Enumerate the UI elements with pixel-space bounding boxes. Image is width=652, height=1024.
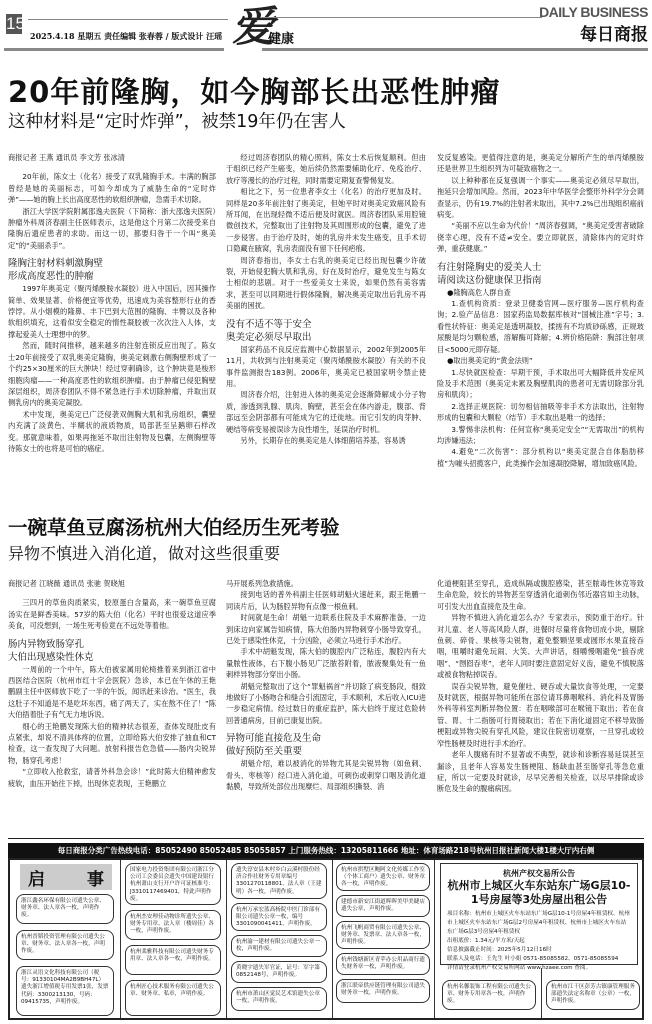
- paragraph: 老年人腹痛有时不显著或不典型，就诊和诊断容易延误甚至漏诊，且老年人容易发生肠梗阻…: [437, 749, 644, 795]
- guide-bullet: ●隆胸高危人群自查: [437, 287, 644, 298]
- classified-column-4: 杭州市拱墅区鲍阿文化传媒工作室（个体工商户）遗失公章、财务章各一枚，声明作废。 …: [332, 860, 435, 1018]
- section-name: 健康: [268, 28, 294, 47]
- paragraph: 国家药品不良反应监测中心数据显示，2002年到2005年11月，共收到与注射奥美…: [226, 344, 426, 390]
- guide-item: 1.查机构资质：登录卫健委官网—医疗服务—医疗机构查询；2.验产品信息：国家药监…: [437, 298, 644, 355]
- notice-item: 杭州市拱墅区鲍阿文化传媒工作室（个体工商户）遗失公章、财务章各一枚，声明作废。: [336, 863, 430, 891]
- classified-hotline-bar: 每日商报分类广告热线电话：85052490 85052485 85055857 …: [8, 843, 644, 858]
- header-rule-bottom-right: [262, 48, 648, 51]
- announcement-title: 杭州市上城区火车东站东广场G层10-1号房屋等3处房屋出租公告: [447, 879, 631, 907]
- article1-column-3: 发反复感染。更值得注意的是，奥美定分解所产生的单丙烯酰胺还是世界卫生组织列为可疑…: [437, 152, 644, 469]
- section-heading: 隆胸注射材料刺激胸壁形成高度恶性的肿瘤: [8, 257, 216, 283]
- paragraph: 20年前，陈女士（化名）接受了双乳隆胸手术。丰满的胸部曾经是她的美丽标志，可如今…: [8, 171, 216, 205]
- article1-byline: 商报记者 王燕 通讯员 李文芳 张冰清: [8, 152, 216, 163]
- paragraph: 经过周济春团队的精心照料，陈女士术后恢复顺利。但由于组织已经产生癌变，她后续仍然…: [226, 152, 426, 186]
- paragraph: 1997年奥美定（聚丙烯酰胺水凝胶）进入中国后，因其操作简单、效果显著、价格便宜…: [8, 283, 216, 340]
- paragraph: 周济春介绍，注射进入体的奥美定会逐渐降解成小分子物质，渗透到乳腺、肌肉、胸壁，甚…: [226, 389, 426, 435]
- paragraph: 胡魁完整取出了这个“罪魁祸首”并切除了病变肠段，细致地做好了小肠吻合和缝合引流固…: [226, 681, 426, 727]
- paragraph: 三四月的草鱼肉质紧实，胶原蛋白含量高，来一碗草鱼豆腐汤实在是鲜香美味。57岁的陈…: [8, 597, 216, 631]
- notice-item: 杭州市江干区彭芳古镇康管理服务部遗失法定名称章（公章）一枚，声明作废。: [546, 980, 640, 1010]
- guide-item: 2.选择正规医院：切勿相信抽吸等非手术方法取出，注射物形成的包囊和大颗粒（结节）…: [437, 401, 644, 424]
- guide-bullet: ●取出奥美定的“黄金法则”: [437, 355, 644, 366]
- paragraph: 时间就是生命！胡魁一边联系住院及手术麻醉准备，一边到床边向家属告知病情，陈大伯肠…: [226, 612, 426, 646]
- section-heading: 没有不适不等于安全奥美定必须尽早取出: [226, 318, 426, 344]
- notice-item: 杭州万承宏蓝高杨院中医门诊部有限公司遗失公章一枚，编号3301090041411…: [231, 903, 327, 931]
- article2-column-3: 化道梗阻甚至穿孔，造成纵隔或腹腔感染，甚至脓毒性休克等致生命危险，较长的异物甚至…: [437, 578, 644, 795]
- notice-item: 杭州市萧山区觉民艺术馆遗失公章一枚，声明作废。: [231, 987, 327, 1011]
- paragraph: 相比之下，另一位患者李女士（化名）的治疗更加及时。同样是20多年前注射了奥美定，…: [226, 186, 426, 254]
- notice-item: 国家电力投资集团有限公司浙江分公司工会委员会遗失中国建设银行杭州萧山支行开户许可…: [125, 863, 221, 905]
- guide-item: 1.尽快就医检查：早期干预，手术取出可大幅降低并发症风险及手术范围（奥美定未累及…: [437, 367, 644, 401]
- paragraph: 周济春指出，李女士右乳的奥美定已经出现包囊少许破裂，开始侵犯胸大肌和乳房，好在及…: [226, 255, 426, 312]
- article2-column-2: 马开展系列急救措施。 接到电话的普外科副主任医师胡魁火速赶来，跟王艳鹏一同读片后…: [226, 578, 426, 793]
- page-number: 15: [6, 14, 22, 34]
- notice-item: 杭州飞帆商贸有限公司遗失公章、财务章、发票章、法人章各一枚，声明作废。: [336, 921, 430, 949]
- article2-subheadline: 异物不慎进入消化道，做对这些很重要: [8, 541, 280, 564]
- divider: [541, 968, 542, 1018]
- notice-item: 杭州名馨装饰工程有限公司遗失公章、财务专用章各一枚，声明作废。: [442, 980, 536, 1010]
- article1-headline: 20年前隆胸，如今胸部长出恶性肿瘤: [8, 70, 500, 111]
- paragraph: 胡魁介绍，难以被消化的异物尤其是尖锐异物（如鱼刺、骨头、枣核等）经口进入消化道，…: [226, 758, 426, 792]
- paragraph: 接到电话的普外科副主任医师胡魁火速赶来，跟王艳鹏一同读片后，认为肠腔异物有点像一…: [226, 589, 426, 612]
- header-rule-mid: [262, 17, 542, 18]
- paragraph: 异物不慎进入消化道怎么办？专家表示，预防重于治疗。针对儿童、老人等高风险人群，进…: [437, 612, 644, 680]
- paragraph: 另外，长期存在的奥美定是人体细菌培养基，容易诱: [226, 435, 426, 446]
- article2-byline: 商报记者 江晓薇 通讯员 张驰 贺晓旭: [8, 578, 216, 589]
- announcement-org: 杭州产权交易所公告: [447, 868, 631, 879]
- notice-item: 浙江联帝供应链管理有限公司遗失财务章一枚，声明作废。: [336, 979, 430, 1003]
- section-heading: 肠内异物致肠穿孔大伯出现感染性休克: [8, 638, 216, 664]
- divider-rule: [8, 838, 644, 839]
- notice-item: 杭州钱塘新区青苹办公用品商行遗失财务章一枚，声明作废。: [336, 953, 430, 975]
- paragraph: 以上种种都在反复强调一个事实——奥美定必须尽早取出，拖延只会增加风险。然而，20…: [437, 175, 644, 221]
- article2-column-1: 商报记者 江晓薇 通讯员 张驰 贺晓旭 三四月的草鱼肉质紧实，胶原蛋白含量高，来…: [8, 578, 216, 789]
- paragraph: 术中发现，奥美定已广泛侵袭双侧胸大肌和乳房组织，囊壁内充满了淡黄色、半糊状的液质…: [8, 409, 216, 455]
- announcement-body: 项目名称：杭州市上城区火车东站东广场G层10-1号房屋4年租赁权、杭州市上城区火…: [447, 910, 631, 973]
- paragraph: 细心的王艳鹏发现陈大伯的精神状态很差，查体发现肚皮有点紧张，却说不清具体疼的位置…: [8, 721, 216, 767]
- paragraph: 发反复感染。更值得注意的是，奥美定分解所产生的单丙烯酰胺还是世界卫生组织列为可疑…: [437, 152, 644, 175]
- notice-item: 杭州匠心技术服务有限公司遗失公章、财务章、私章，声明作废。: [125, 980, 221, 1016]
- paragraph: 浙江大学医学院附属邵逸夫医院（下简称：浙大邵逸夫医院）肿瘤外科周济春副主任医师表…: [8, 206, 216, 252]
- paragraph: 一周前的一个中午，陈大伯被家属用轮椅推着来到浙江省中西医结合医院（杭州市红十字会…: [8, 664, 216, 721]
- section-heading: 有注射隆胸史的爱美人士请阅读这份健康保卫指南: [437, 261, 644, 287]
- article1-subheadline: 这种材料是“定时炸弹”，被禁19年仍在害人: [8, 108, 346, 133]
- classified-column-2: 国家电力投资集团有限公司浙江分公司工会委员会遗失中国建设银行杭州萧山支行开户许可…: [120, 860, 227, 1018]
- notice-item: 杭州柔雅科技有限公司遗失财务专用章、法人章各一枚，声明作废。: [125, 945, 221, 975]
- header-rule-bottom-left: [4, 48, 224, 51]
- qishi-label: 启事: [20, 864, 112, 890]
- paper-name-cn: 每日商报: [580, 20, 648, 45]
- classified-column-1: 启事 浙江鑫名环保有限公司遗失公章、财务章、法人章各一枚，声明作废。 杭州晋韬投…: [10, 860, 121, 1018]
- article1-column-2: 经过周济春团队的精心照料，陈女士术后恢复顺利。但由于组织已经产生癌变，她后续仍然…: [226, 152, 426, 446]
- classified-ads-box: 启事 浙江鑫名环保有限公司遗失公章、财务章、法人章各一枚，声明作废。 杭州晋韬投…: [8, 858, 644, 1020]
- guide-item: 4.避免“二次伤害”：部分机构以“奥美定混合自体脂肪移植”为噱头招揽客户，此类操…: [437, 446, 644, 469]
- paragraph: 误吞尖锐异物，避免催吐、硬吞或大量饮食等处理，一定要及时就医，根据异物可能所在部…: [437, 681, 644, 749]
- paragraph: 化道梗阻甚至穿孔，造成纵隔或腹腔感染，甚至脓毒性休克等致生命危险，较长的异物甚至…: [437, 578, 644, 612]
- article1-column-1: 商报记者 王燕 通讯员 李文芳 张冰清 20年前，陈女士（化名）接受了双乳隆胸手…: [8, 152, 216, 454]
- notice-item: 建德市新安江街道晖晖美甲美睫店遗失公章，声明作废。: [336, 895, 430, 917]
- header-rule-top: [28, 19, 228, 20]
- notice-item: 杭州渝一建材有限公司遗失公章一枚，声明作废。: [231, 935, 327, 957]
- notice-item: 黄晓宇遗失军官证，证号：军字第0852148号，声明作废。: [231, 961, 327, 983]
- guide-item: 3.警惕非法机构：任何宣称“奥美定安全”“无需取出”的机构均涉嫌违法；: [437, 424, 644, 447]
- paragraph: “立即收入抢救室，请普外科急会诊！”此时陈大伯精神愈发疲软，血压开始往下掉，出现…: [8, 766, 216, 789]
- property-lease-announcement: 杭州产权交易所公告 杭州市上城区火车东站东广场G层10-1号房屋等3处房屋出租公…: [440, 863, 638, 965]
- notice-item: 浙江鑫名环保有限公司遗失公章、财务章、法人章各一枚，声明作废。: [16, 894, 114, 924]
- issue-date-line: 2025.4.18 星期五 责任编辑 张春蓉 / 版式设计 汪瑶: [30, 31, 222, 42]
- article2-headline: 一碗草鱼豆腐汤杭州大伯经历生死考验: [8, 512, 340, 540]
- notice-item: 杭州晋韬投资管理有限公司遗失公章、财务章、法人章各一枚，声明作废。: [16, 930, 114, 960]
- notice-item: 遗失淳安县木村乡白云溪村股份经济合作社财务专用章编号3301270118801、…: [231, 863, 327, 899]
- paragraph: 马开展系列急救措施。: [226, 578, 426, 589]
- paper-name-en: DAILY BUSINESS: [539, 4, 648, 20]
- paragraph: “美丽不应以生命为代价！”周济春强调，“奥美定受害者破除侥幸心理，没有不适≠安全…: [437, 220, 644, 254]
- paragraph: 手术中胡魁发现，陈大伯的腹腔内广泛粘连，腹腔内有大量脓性液体，右下腹小肠见广泛脓…: [226, 646, 426, 680]
- notice-item: 杭州杰安理佳动物诊所遗失公章、财务专用章、法人章（楼周佳）各一枚，声明作废。: [125, 910, 221, 940]
- paragraph: 然而，随时间推移，越来越多的注射连锁反应出现了。陈女士20年前接受了双乳奥美定隆…: [8, 340, 216, 408]
- notice-item: 浙江灵语文化科技有限公司（税号：91330104MA2B9BH47L）遗失浙江增…: [16, 966, 114, 1016]
- classified-column-3: 遗失淳安县木村乡白云溪村股份经济合作社财务专用章编号3301270118801、…: [226, 860, 333, 1018]
- section-heading: 异物可能直接危及生命做好预防至关重要: [226, 732, 426, 758]
